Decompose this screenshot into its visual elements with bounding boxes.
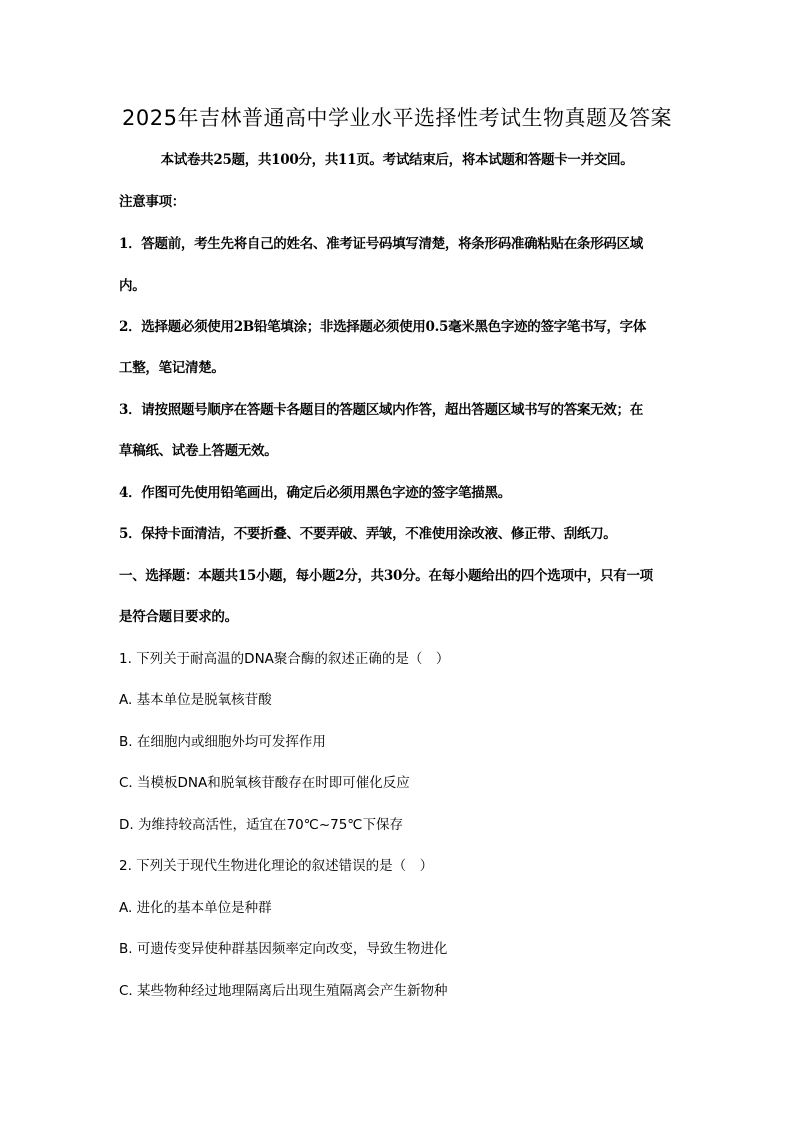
question-2-option-b: B. 可遗传变异使种群基因频率定向改变，导致生物进化 <box>119 939 679 959</box>
notice-item-2-cont: 工整，笔记清楚。 <box>119 358 679 378</box>
document-page: 2025年吉林普通高中学业水平选择性考试生物真题及答案 本试卷共25题，共100… <box>0 0 794 1123</box>
notice-item-5: 5．保持卡面清洁，不要折叠、不要弄破、弄皱，不准使用涂改液、修正带、刮纸刀。 <box>119 524 679 544</box>
section-heading: 一、选择题：本题共15小题，每小题2分，共30分。在每小题给出的四个选项中，只有… <box>119 566 679 586</box>
notice-item-2: 2．选择题必须使用2B铅笔填涂；非选择题必须使用0.5毫米黑色字迹的签字笔书写，… <box>119 317 679 337</box>
notice-heading: 注意事项： <box>119 192 679 212</box>
notice-item-3-cont: 草稿纸、试卷上答题无效。 <box>119 441 679 461</box>
notice-item-1-cont: 内。 <box>119 276 679 296</box>
notice-item-4: 4．作图可先使用铅笔画出，确定后必须用黑色字迹的签字笔描黑。 <box>119 483 679 503</box>
question-2-option-c: C. 某些物种经过地理隔离后出现生殖隔离会产生新物种 <box>119 981 679 1001</box>
notice-item-1: 1．答题前，考生先将自己的姓名、准考证号码填写清楚，将条形码准确粘贴在条形码区域 <box>119 234 679 254</box>
section-heading-cont: 是符合题目要求的。 <box>119 607 679 627</box>
exam-info: 本试卷共25题，共100分，共11页。考试结束后，将本试题和答题卡一并交回。 <box>0 150 794 170</box>
notice-item-3: 3．请按照题号顺序在答题卡各题目的答题区域内作答，超出答题区域书写的答案无效；在 <box>119 400 679 420</box>
question-2-option-a: A. 进化的基本单位是种群 <box>119 898 679 918</box>
document-title: 2025年吉林普通高中学业水平选择性考试生物真题及答案 <box>0 104 794 132</box>
question-1-option-a: A. 基本单位是脱氧核苷酸 <box>119 690 679 710</box>
question-1-option-d: D. 为维持较高活性，适宜在70℃~75℃下保存 <box>119 815 679 835</box>
question-1-option-b: B. 在细胞内或细胞外均可发挥作用 <box>119 732 679 752</box>
question-2-stem: 2. 下列关于现代生物进化理论的叙述错误的是（ ） <box>119 856 679 876</box>
question-1-option-c: C. 当模板DNA和脱氧核苷酸存在时即可催化反应 <box>119 773 679 793</box>
question-1-stem: 1. 下列关于耐高温的DNA聚合酶的叙述正确的是（ ） <box>119 649 679 669</box>
